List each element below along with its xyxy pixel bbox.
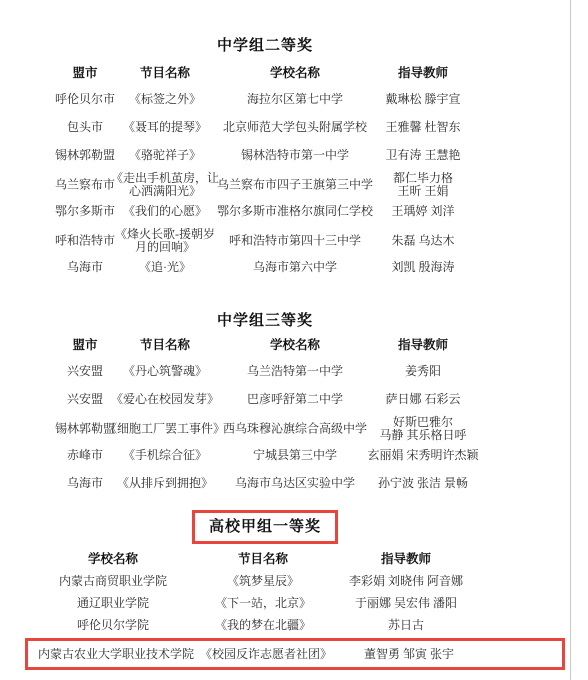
- table-cell: 《手机综合征》: [123, 448, 207, 462]
- table-cell: 鄂尔多斯市: [55, 204, 115, 218]
- table-cell: 乌兰察布市: [55, 178, 115, 191]
- award-document-page: 中学组二等奖 盟市节目名称学校名称指导教师呼伦贝尔市《标签之外》海拉尔区第七中学…: [0, 37, 588, 670]
- table-cell: 《烽火长歌-援朝岁 月的回响》: [115, 228, 215, 254]
- award-table: 盟市节目名称学校名称指导教师兴安盟《丹心筑警魂》乌兰浩特第一中学姜秀阳兴安盟《爱…: [25, 338, 565, 490]
- table-cell: 《我的梦在北疆》: [215, 618, 311, 632]
- table-cell: 北京师范大学包头附属学校: [223, 120, 367, 134]
- section-title: 中学组二等奖: [217, 37, 313, 55]
- table-row: 锡林郭勒盟《细胞工厂罢工事件》西乌珠穆沁旗综合高级中学好斯巴雅尔 马静 其乐格日…: [25, 415, 565, 442]
- table-cell: 《筑梦星辰》: [227, 574, 299, 588]
- column-header: 指导教师: [398, 66, 448, 80]
- table-cell: 内蒙古商贸职业学院: [59, 574, 167, 588]
- table-cell: 董智勇 邹寅 张宇: [364, 647, 454, 661]
- table-cell: 乌兰浩特第一中学: [247, 364, 343, 378]
- table-cell: 《我们的心愿》: [123, 204, 207, 218]
- column-header: 节目名称: [238, 552, 288, 566]
- table-cell: 乌兰察布市四子王旗第三中学: [217, 178, 373, 191]
- table-cell: 《追·光》: [139, 260, 191, 274]
- table-cell: 海拉尔区第七中学: [247, 92, 343, 106]
- table-cell: 乌海市乌达区实验中学: [235, 476, 355, 490]
- table-cell: 李彩娟 刘晓伟 阿音娜: [349, 574, 463, 588]
- table-row: 乌海市《追·光》乌海市第六中学刘凯 殷海涛: [25, 260, 565, 274]
- table-cell: 《从排斥到拥抱》: [117, 476, 213, 490]
- page-edge-line: [570, 0, 571, 680]
- table-cell: 王瑀婷 刘洋: [391, 204, 454, 218]
- table-cell: 《走出手机茧房，让 心洒满阳光》: [111, 172, 219, 198]
- table-cell: 鄂尔多斯市准格尔旗同仁学校: [217, 204, 373, 218]
- column-header: 节目名称: [140, 338, 190, 352]
- table-cell: 王雅馨 杜智东: [385, 120, 460, 134]
- section-middle-school-second-prize: 中学组二等奖 盟市节目名称学校名称指导教师呼伦贝尔市《标签之外》海拉尔区第七中学…: [0, 37, 588, 274]
- table-cell: 呼伦贝尔学院: [77, 618, 149, 632]
- table-cell: 《细胞工厂罢工事件》: [105, 422, 225, 435]
- table-cell: 《骆驼祥子》: [129, 148, 201, 162]
- table-cell: 呼和浩特市: [55, 234, 115, 247]
- table-cell: 《聂耳的提琴》: [123, 120, 207, 134]
- table-cell: 《丹心筑警魂》: [123, 364, 207, 378]
- table-row: 内蒙古商贸职业学院《筑梦星辰》李彩娟 刘晓伟 阿音娜: [25, 574, 565, 588]
- table-row: 鄂尔多斯市《我们的心愿》鄂尔多斯市准格尔旗同仁学校王瑀婷 刘洋: [25, 204, 565, 218]
- table-cell: 姜秀阳: [405, 364, 441, 378]
- table-cell: 兴安盟: [67, 392, 103, 406]
- table-cell: 于丽娜 吴宏伟 潘阳: [355, 596, 457, 610]
- table-cell: 赤峰市: [67, 448, 103, 462]
- award-table: 盟市节目名称学校名称指导教师呼伦贝尔市《标签之外》海拉尔区第七中学戴琳松 滕宇宣…: [25, 66, 565, 274]
- table-cell: 孙宁波 张洁 景畅: [378, 476, 468, 490]
- table-cell: 戴琳松 滕宇宣: [385, 92, 460, 106]
- table-row: 乌兰察布市《走出手机茧房，让 心洒满阳光》乌兰察布市四子王旗第三中学都仁毕力格 …: [25, 171, 565, 198]
- column-header: 学校名称: [88, 552, 138, 566]
- table-cell: 呼和浩特市第四十三中学: [229, 234, 361, 247]
- table-cell: 玄丽娟 宋秀明许杰颖: [367, 448, 478, 462]
- table-cell: 刘凯 殷海涛: [391, 260, 454, 274]
- section-title-wrap: 中学组三等奖: [0, 312, 530, 330]
- table-row: 兴安盟《丹心筑警魂》乌兰浩特第一中学姜秀阳: [25, 364, 565, 378]
- column-header: 盟市: [72, 66, 97, 80]
- table-row: 锡林郭勒盟《骆驼祥子》锡林浩特市第一中学卫有涛 王慧艳: [25, 148, 565, 162]
- section-title: 中学组三等奖: [217, 312, 313, 330]
- section-title-highlight-box: 高校甲组一等奖: [192, 510, 338, 544]
- table-cell: 《标签之外》: [129, 92, 201, 106]
- table-cell: 呼伦贝尔市: [55, 92, 115, 106]
- table-cell: 锡林浩特市第一中学: [241, 148, 349, 162]
- table-cell: 萨日娜 石彩云: [385, 392, 460, 406]
- table-cell: 朱磊 乌达木: [391, 234, 454, 247]
- section-middle-school-third-prize: 中学组三等奖 盟市节目名称学校名称指导教师兴安盟《丹心筑警魂》乌兰浩特第一中学姜…: [0, 312, 588, 490]
- table-row-highlighted: 内蒙古农业大学职业技术学院《校园反诈志愿者社团》董智勇 邹寅 张宇: [25, 638, 565, 670]
- award-table: 学校名称节目名称指导教师内蒙古商贸职业学院《筑梦星辰》李彩娟 刘晓伟 阿音娜通辽…: [25, 552, 565, 670]
- column-header: 指导教师: [398, 338, 448, 352]
- column-header: 盟市: [72, 338, 97, 352]
- table-row: 呼和浩特市《烽火长歌-援朝岁 月的回响》呼和浩特市第四十三中学朱磊 乌达木: [25, 227, 565, 254]
- table-row: 呼伦贝尔市《标签之外》海拉尔区第七中学戴琳松 滕宇宣: [25, 92, 565, 106]
- column-header: 节目名称: [140, 66, 190, 80]
- table-row: 赤峰市《手机综合征》宁城县第三中学玄丽娟 宋秀明许杰颖: [25, 448, 565, 462]
- table-cell: 乌海市第六中学: [253, 260, 337, 274]
- table-cell: 通辽职业学院: [77, 596, 149, 610]
- section-title-wrap: 高校甲组一等奖: [0, 510, 530, 544]
- column-header: 学校名称: [270, 66, 320, 80]
- table-cell: 锡林郭勒盟: [55, 148, 115, 162]
- table-row: 包头市《聂耳的提琴》北京师范大学包头附属学校王雅馨 杜智东: [25, 120, 565, 134]
- table-cell: 好斯巴雅尔 马静 其乐格日呼: [379, 416, 466, 442]
- table-cell: 都仁毕力格 王昕 王娟: [393, 172, 453, 198]
- table-cell: 《下一站，北京》: [215, 596, 311, 610]
- table-cell: 卫有涛 王慧艳: [385, 148, 460, 162]
- table-row: 兴安盟《爱心在校园发芽》巴彦呼舒第二中学萨日娜 石彩云: [25, 392, 565, 406]
- table-cell: 宁城县第三中学: [253, 448, 337, 462]
- table-cell: 《校园反诈志愿者社团》: [200, 647, 332, 661]
- section-title-wrap: 中学组二等奖: [0, 37, 530, 55]
- table-cell: 西乌珠穆沁旗综合高级中学: [223, 422, 367, 435]
- column-header: 学校名称: [270, 338, 320, 352]
- table-row: 通辽职业学院《下一站，北京》于丽娜 吴宏伟 潘阳: [25, 596, 565, 610]
- table-row: 呼伦贝尔学院《我的梦在北疆》苏日古: [25, 618, 565, 632]
- table-cell: 兴安盟: [67, 364, 103, 378]
- table-cell: 《爱心在校园发芽》: [111, 392, 219, 406]
- table-header-row: 学校名称节目名称指导教师: [25, 552, 565, 566]
- table-row: 乌海市《从排斥到拥抱》乌海市乌达区实验中学孙宁波 张洁 景畅: [25, 476, 565, 490]
- table-cell: 乌海市: [67, 476, 103, 490]
- table-cell: 苏日古: [388, 618, 424, 632]
- table-header-row: 盟市节目名称学校名称指导教师: [25, 66, 565, 80]
- table-header-row: 盟市节目名称学校名称指导教师: [25, 338, 565, 352]
- section-university-group-a-first-prize: 高校甲组一等奖 学校名称节目名称指导教师内蒙古商贸职业学院《筑梦星辰》李彩娟 刘…: [0, 510, 588, 670]
- table-cell: 乌海市: [67, 260, 103, 274]
- table-cell: 包头市: [67, 120, 103, 134]
- table-cell: 内蒙古农业大学职业技术学院: [38, 647, 194, 661]
- column-header: 指导教师: [381, 552, 431, 566]
- table-cell: 巴彦呼舒第二中学: [247, 392, 343, 406]
